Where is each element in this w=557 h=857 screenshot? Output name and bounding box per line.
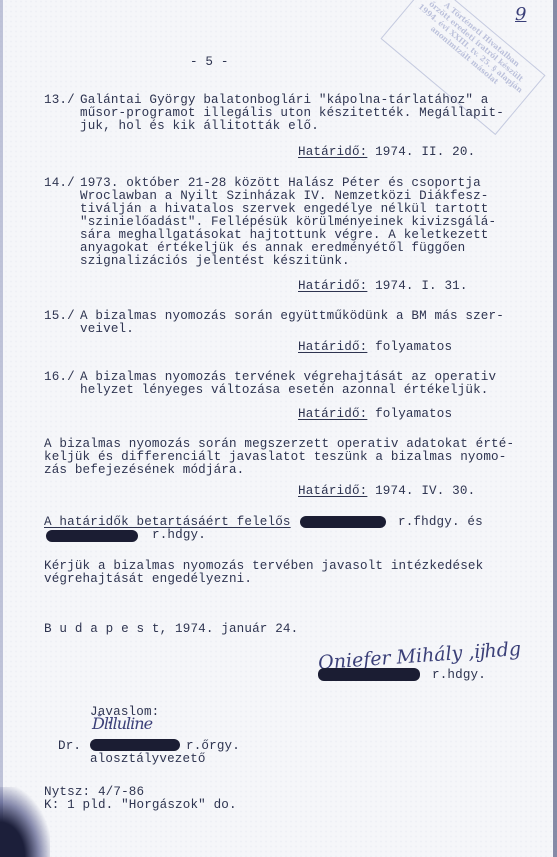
folio-number: 9 (515, 4, 526, 25)
page-marker: - 5 - (190, 56, 229, 69)
deadline: Határidő: 1974. I. 31. (298, 280, 468, 293)
paragraph-line: zás befejezésének módjára. (44, 464, 244, 477)
item-line: szignalizációs jelentést készitünk. (80, 255, 350, 268)
item-number: 14./ (44, 177, 75, 190)
place-date: B u d a p e s t, 1974. január 24. (44, 623, 298, 636)
deadline: Határidő: folyamatos (298, 408, 452, 421)
redaction-block (46, 530, 138, 542)
item-number: 16./ (44, 371, 75, 384)
deadline-label: Határidő: (298, 279, 367, 293)
item-line: helyzet lényeges változása esetén azonna… (80, 384, 489, 397)
handwritten-initials: Ďŀlluline (92, 714, 152, 733)
deadline: Határidő: 1974. II. 20. (298, 146, 475, 159)
item-line: juk, hol és kik állitották elő. (80, 120, 319, 133)
deadline: Határidő: 1974. IV. 30. (298, 485, 475, 498)
deadline-label: Határidő: (298, 145, 367, 159)
proposal-position: alosztályvezető (90, 753, 206, 766)
deadline-value: folyamatos (375, 340, 452, 354)
request-line: végrehajtását engedélyezni. (44, 573, 252, 586)
redaction-block (90, 739, 180, 751)
deadline-value: folyamatos (375, 407, 452, 421)
item-number: 13./ (44, 94, 75, 107)
deadline-value: 1974. II. 20. (375, 145, 475, 159)
item-number: 15./ (44, 310, 75, 323)
copies-note: K: 1 pld. "Horgászok" do. (44, 799, 237, 812)
deadline-value: 1974. I. 31. (375, 279, 468, 293)
deadline-label: Határidő: (298, 407, 367, 421)
deadline-label: Határidő: (298, 340, 367, 354)
responsible-rank-1: r.fhdgy. és (398, 516, 483, 529)
proposal-title: Dr. (58, 740, 81, 753)
page-edge-right (553, 0, 557, 857)
responsible-rank-2: r.hdgy. (152, 529, 206, 542)
redaction-block (318, 668, 420, 681)
document-page: A Történeti Hivatalban őrzött eredeti ir… (0, 0, 557, 857)
deadline-value: 1974. IV. 30. (375, 484, 475, 498)
stamp-line: 1994. évi XXIII. tv. 25. § alapján (411, 0, 530, 99)
signatory-rank: r.hdgy. (432, 669, 486, 682)
scan-smudge (0, 787, 50, 857)
page-edge-left (0, 0, 3, 857)
item-line: veivel. (80, 323, 134, 336)
deadline-label: Határidő: (298, 484, 367, 498)
deadline: Határidő: folyamatos (298, 341, 452, 354)
item-line: A bizalmas nyomozás során együttműködünk… (80, 310, 504, 323)
redaction-block (300, 516, 386, 528)
